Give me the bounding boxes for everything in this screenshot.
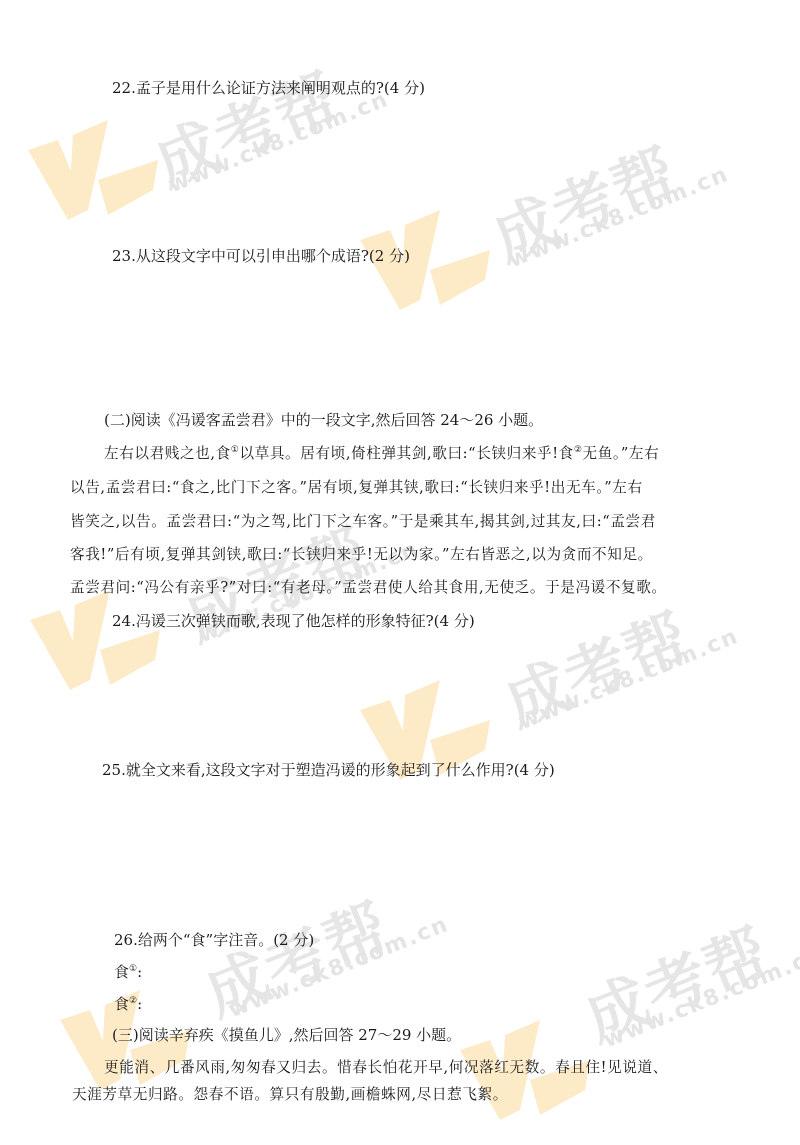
question-score: (2 分) <box>369 247 410 265</box>
ck-logo-icon <box>28 120 158 230</box>
question-text: 给两个“食”字注音。 <box>138 931 273 949</box>
poem-line-2: 天涯芳草无归路。怨春不语。算只有殷勤,画檐蛛网,尽日惹飞絮。 <box>72 1085 508 1105</box>
watermark-brand: 成考帮 <box>490 588 701 742</box>
question-score: (4 分) <box>514 761 555 779</box>
poem-line-1: 更能消、几番风雨,匆匆春又归去。惜春长怕花开早,何况落红无数。春且住!见说道、 <box>104 1058 668 1078</box>
watermark-brand: 成考帮 <box>478 123 689 277</box>
passage-line-5: 孟尝君问:“冯公有亲乎?”对曰:“有老母。”孟尝君使人给其食用,无使乏。于是冯谖… <box>70 578 667 598</box>
ck-logo-icon <box>30 590 160 700</box>
question-number: 22. <box>112 79 136 97</box>
footnote-marker: ① <box>129 964 137 974</box>
watermark-brand: 成考帮 <box>140 48 351 202</box>
question-text: 冯谖三次弹铗而歌,表现了他怎样的形象特征? <box>136 612 434 630</box>
question-24: 24.冯谖三次弹铗而歌,表现了他怎样的形象特征?(4 分) <box>112 611 475 631</box>
question-26: 26.给两个“食”字注音。(2 分) <box>114 930 314 950</box>
question-number: 23. <box>112 247 136 265</box>
question-22: 22.孟子是用什么论证方法来阐明观点的?(4 分) <box>112 78 425 98</box>
answer-shi-2: 食②: <box>114 994 142 1014</box>
watermark-brand: 成考帮 <box>570 903 781 1057</box>
question-number: 26. <box>114 931 138 949</box>
question-text: 孟子是用什么论证方法来阐明观点的? <box>136 79 384 97</box>
watermark-url: www.ck8.com.cn <box>515 624 743 735</box>
question-score: (4 分) <box>384 79 425 97</box>
watermark-url: www.ck8.com.cn <box>225 912 453 1023</box>
answer-shi-1: 食①: <box>114 962 142 982</box>
exam-page: 成考帮 www.ck8.com.cn 成考帮 www.ck8.com.cn 成考… <box>0 0 800 1145</box>
question-score: (2 分) <box>273 931 314 949</box>
footnote-marker: ② <box>574 445 583 455</box>
section-3-heading: (三)阅读辛弃疾《摸鱼儿》,然后回答 27～29 小题。 <box>112 1025 461 1045</box>
passage-line-4: 客我!”后有顷,复弹其剑铗,歌曰:“长铗归来乎!无以为家。”左右皆恶之,以为贪而… <box>70 545 653 565</box>
passage-line-3: 皆笑之,以告。孟尝君曰:“为之驾,比门下之车客。”于是乘其车,揭其剑,过其友,曰… <box>70 512 656 532</box>
watermark-url: www.ck8.com.cn <box>165 87 393 198</box>
question-23: 23.从这段文字中可以引申出哪个成语?(2 分) <box>112 246 410 266</box>
watermark-url: www.ck8.com.cn <box>505 162 733 273</box>
question-25: 25.就全文来看,这段文字对于塑造冯谖的形象起到了什么作用?(4 分) <box>102 760 555 780</box>
passage-line-2: 以告,孟尝君曰:“食之,比门下之客。”居有顷,复弹其铗,歌曰:“长铗归来乎!出无… <box>70 478 643 498</box>
question-score: (4 分) <box>434 612 475 630</box>
question-number: 24. <box>112 612 136 630</box>
passage-line-1: 左右以君贱之也,食①以草具。居有顷,倚柱弹其剑,歌曰:“长铗归来乎!食②无鱼。”… <box>104 444 659 464</box>
question-text: 从这段文字中可以引申出哪个成语? <box>136 247 369 265</box>
watermark-brand: 成考帮 <box>190 878 401 1032</box>
question-number: 25. <box>102 761 126 779</box>
watermark-url: www.ck8.com.cn <box>600 942 800 1053</box>
section-2-heading: (二)阅读《冯谖客孟尝君》中的一段文字,然后回答 24～26 小题。 <box>104 410 543 430</box>
question-text: 就全文来看,这段文字对于塑造冯谖的形象起到了什么作用? <box>126 761 514 779</box>
footnote-marker: ② <box>129 996 137 1006</box>
